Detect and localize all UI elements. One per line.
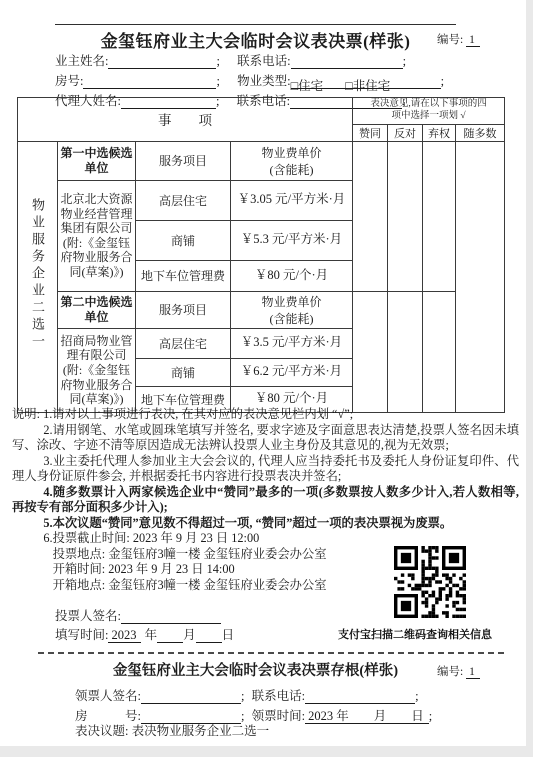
voting-table: 事 项 表决意见,请在以下事项的四 项中选择一项划 √ 赞同 反对 弃权 随多数… (17, 97, 505, 413)
separator: ; (403, 54, 406, 68)
section2-price-header: 物业费单价 (含能耗) (231, 291, 353, 328)
room-no-blank (83, 76, 216, 89)
vote-col-abstain: 弃权 (423, 124, 456, 141)
fill-date-label: 填写时间: (55, 628, 108, 642)
vote-instruction-note: 表决意见,请在以下事项的四 项中选择一项划 √ (353, 98, 505, 125)
owner-row: 业主姓名:; 联系电话:; (55, 51, 406, 69)
section2-row2-service: 商铺 (136, 358, 231, 386)
separator: ; (216, 74, 219, 88)
owner-phone-label: 联系电话: (237, 54, 290, 68)
stub-title: 金玺钰府业主大会临时会议表决票存根(样张) (28, 659, 483, 680)
document-page: 金玺钰府业主大会临时会议表决票(样张) 编号: 1 业主姓名:; 联系电话:; … (0, 0, 526, 746)
section1-row2-service: 商铺 (136, 220, 231, 260)
side-label: 物业服务企业二选一 (28, 198, 47, 351)
voter-sign-row: 投票人签名: (55, 606, 221, 624)
separator: ; (241, 689, 244, 703)
stub-topic-label: 表决议题: (75, 724, 128, 738)
separator: ; (441, 74, 444, 88)
taker-sign-blank (141, 691, 241, 704)
vote-cell-approve-section1 (353, 141, 388, 291)
owner-name-blank (108, 56, 216, 69)
qr-code-svg (392, 546, 468, 618)
take-time-value: 2023 年 月 日 (305, 709, 429, 724)
property-type-label: 物业类型: (237, 74, 290, 88)
vote-col-oppose: 反对 (388, 124, 423, 141)
vote-cell-follow-majority (456, 141, 505, 412)
stub-topic-value: 表决物业服务企业二选一 (132, 724, 270, 738)
stub-serial: 编号: 1 (437, 663, 480, 679)
top-rule (55, 24, 456, 25)
vote-col-follow-majority: 随多数 (456, 124, 505, 141)
matter-header: 事 项 (18, 98, 353, 142)
separator: ; (415, 689, 418, 703)
section2-service-header: 服务项目 (136, 291, 231, 328)
stub-row-1: 领票人签名:; 联系电话:; (75, 686, 419, 704)
fill-month-blank (157, 630, 183, 643)
voter-sign-blank (121, 611, 221, 624)
section2-company: 招商局物业管理有限公司(附:《金玺钰府物业服务合同(草案)》) (58, 328, 136, 412)
note-line-6: 6.投票截止时间: 2023 年 9 月 23 日 12:00 (12, 531, 519, 547)
vote-cell-abstain-section1 (423, 141, 456, 291)
stub-serial-label: 编号: (437, 666, 463, 678)
section2-row2-price: ￥6.2 元/平方米·月 (231, 358, 353, 386)
vote-col-approve: 赞同 (353, 124, 388, 141)
separator: ; (216, 54, 219, 68)
note-line-2: 2.请用钢笔、水笔或圆珠笔填写并签名, 要求字迹及字面意思表达清楚,投票人签名因… (12, 423, 519, 454)
vote-cell-oppose-section1 (388, 141, 423, 291)
owner-phone-blank (291, 56, 403, 69)
stub-phone-label: 联系电话: (252, 689, 305, 703)
vote-cell-oppose-section2 (388, 291, 423, 412)
vote-cell-abstain-section2 (423, 291, 456, 412)
fill-date-row: 填写时间:2023 年月日 (55, 625, 234, 643)
ballot-serial: 编号: 1 (437, 31, 480, 47)
day-suffix: 日 (222, 628, 235, 642)
section2-row1-price: ￥3.5 元/平方米·月 (231, 328, 353, 358)
voter-sign-label: 投票人签名: (55, 609, 121, 623)
fill-day-blank (196, 630, 222, 643)
property-type-options: □住宅□非住宅 (291, 76, 441, 89)
section1-row2-price: ￥5.3 元/平方米·月 (231, 220, 353, 260)
taker-sign-label: 领票人签名: (75, 689, 141, 703)
ballot-title: 金玺钰府业主大会临时会议表决票(样张) (28, 27, 483, 52)
section1-row3-price: ￥80 元/个·月 (231, 260, 353, 291)
qr-caption: 支付宝扫描二维码查询相关信息 (338, 626, 508, 642)
vote-cell-approve-section2 (353, 291, 388, 412)
side-label-cell: 物业服务企业二选一 (18, 141, 58, 412)
stub-phone-blank (305, 691, 415, 704)
section2-unit-label: 第二中选候选单位 (58, 291, 136, 328)
room-row: 房号:; 物业类型:□住宅□非住宅; (55, 71, 444, 89)
note-line-1: 说明: 1.请对以上事项进行表决, 在其对应的表决意见栏内划 “√”; (12, 407, 519, 423)
serial-value: 1 (466, 34, 480, 47)
section1-row3-service: 地下车位管理费 (136, 260, 231, 291)
note-line-3: 3.业主委托代理人参加业主大会会议的, 代理人应当持委托书及委托人身份证复印件、… (12, 454, 519, 485)
fill-date-year: 2023 (108, 628, 141, 643)
separator: ; (429, 709, 432, 723)
section1-row1-price: ￥3.05 元/平方米·月 (231, 180, 353, 220)
section1-price-header: 物业费单价 (含能耗) (231, 141, 353, 180)
section1-service-header: 服务项目 (136, 141, 231, 180)
section1-company: 北京北大资源物业经营管理集团有限公司(附:《金玺钰府物业服务合同(草案)》) (58, 180, 136, 291)
month-suffix: 月 (183, 628, 196, 642)
section1-row1-service: 高层住宅 (136, 180, 231, 220)
room-no-label: 房号: (55, 74, 83, 88)
owner-name-label: 业主姓名: (55, 54, 108, 68)
stub-row-3: 表决议题: 表决物业服务企业二选一 (75, 721, 269, 739)
year-suffix: 年 (141, 628, 157, 642)
note-line-4: 4.随多数票计入两家候选企业中“赞同”最多的一项(多数票按人数多少计入,若人数相… (12, 485, 519, 516)
note-line-5: 5.本次议题“赞同”意见数不得超过一项, “赞同”超过一项的表决票视为废票。 (12, 516, 519, 532)
stub-serial-value: 1 (466, 666, 480, 679)
tear-line (38, 652, 504, 654)
section1-unit-label: 第一中选候选单位 (58, 141, 136, 180)
section2-row1-service: 高层住宅 (136, 328, 231, 358)
serial-label: 编号: (437, 34, 463, 46)
